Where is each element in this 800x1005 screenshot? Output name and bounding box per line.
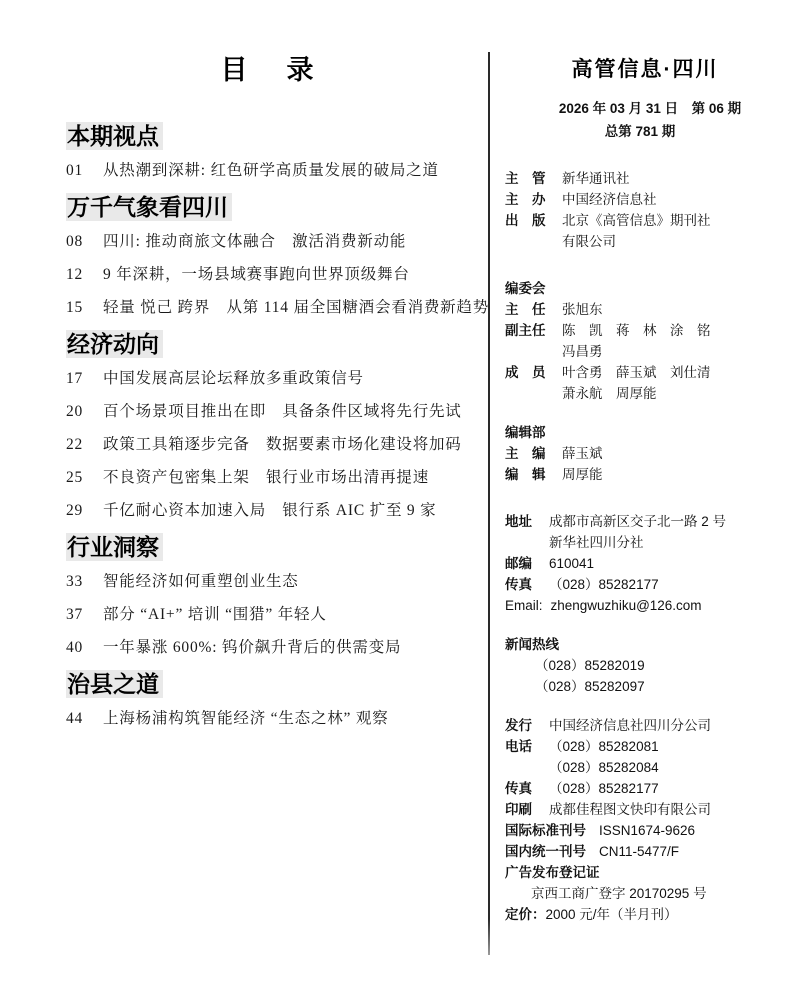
committee-director-row: 主 任 张旭东: [505, 299, 795, 320]
price-value: 2000 元/年（半月刊）: [546, 904, 678, 925]
toc-section-header-3: 行业洞察: [66, 534, 474, 561]
publisher-row: 出 版 北京《高管信息》期刊社 有限公司: [505, 210, 795, 252]
publisher-block: 主 管 新华通讯社 主 办 中国经济信息社 出 版 北京《高管信息》期刊社 有限…: [505, 168, 795, 252]
toc-item-title: 智能经济如何重塑创业生态: [103, 572, 299, 592]
ad-license-heading: 广告发布登记证: [505, 862, 795, 883]
organizer-row: 主 办 中国经济信息社: [505, 189, 795, 210]
publication-date: 2026 年 03 月 31 日 第 06 期: [505, 98, 795, 119]
toc-item: 25 不良资产包密集上架 银行业市场出清再提速: [66, 468, 474, 488]
row-value: 张旭东: [562, 299, 603, 320]
toc-item-title: 轻量 悦己 跨界 从第 114 届全国糖酒会看消费新趋势: [103, 298, 489, 318]
toc-title: 目 录: [66, 48, 474, 87]
row-value: 北京《高管信息》期刊社 有限公司: [562, 210, 711, 252]
row-label: 传真: [505, 574, 549, 595]
toc-item-page: 12: [66, 265, 103, 285]
committee-deputy-row: 副主任 陈 凯 蒋 林 涂 铭 冯昌勇: [505, 320, 795, 362]
fax-row: 传真 （028）85282177: [505, 574, 795, 595]
row-label: 副主任: [505, 320, 562, 362]
toc-section-header-4: 治县之道: [66, 671, 474, 698]
toc-section-header-1: 万千气象看四川: [66, 194, 474, 221]
toc-item: 22 政策工具箱逐步完备 数据要素市场化建设将加码: [66, 435, 474, 455]
committee-members-row: 成 员 叶含勇 薛玉斌 刘仕清 萧永航 周厚能: [505, 362, 795, 404]
hotline-number: （028）85282019: [505, 655, 795, 676]
committee-heading: 编委会: [505, 278, 795, 299]
row-value: （028）85282081 （028）85282084: [549, 736, 659, 778]
row-label: 印刷: [505, 799, 549, 820]
row-label: 主 编: [505, 443, 562, 464]
row-label: 成 员: [505, 362, 562, 404]
issn-row: 国际标准刊号 ISSN1674-9626: [505, 820, 795, 841]
hotline-heading: 新闻热线: [505, 634, 795, 655]
toc-item-page: 29: [66, 501, 103, 521]
cn-number-value: CN11-5477/F: [599, 841, 679, 862]
toc-item-title: 从热潮到深耕: 红色研学高质量发展的破局之道: [103, 161, 439, 181]
fax-row-2: 传真 （028）85282177: [505, 778, 795, 799]
toc-section-title: 行业洞察: [66, 533, 163, 561]
editorial-block: 编辑部 主 编 薛玉斌 编 辑 周厚能: [505, 422, 795, 485]
hotline-number: （028）85282097: [505, 676, 795, 697]
toc-item-page: 25: [66, 468, 103, 488]
row-value: 陈 凯 蒋 林 涂 铭 冯昌勇: [562, 320, 711, 362]
toc-item-page: 37: [66, 605, 103, 625]
editor-row: 编 辑 周厚能: [505, 464, 795, 485]
editorial-heading: 编辑部: [505, 422, 795, 443]
toc-item: 15 轻量 悦己 跨界 从第 114 届全国糖酒会看消费新趋势: [66, 298, 474, 318]
toc-item: 37 部分 “AI+” 培训 “围猎” 年轻人: [66, 605, 474, 625]
magazine-toc-page: 目 录 本期视点 01 从热潮到深耕: 红色研学高质量发展的破局之道 万千气象看…: [0, 0, 800, 1005]
row-label: 主 任: [505, 299, 562, 320]
row-value: 610041: [549, 553, 594, 574]
column-divider: [488, 52, 490, 955]
toc-item-page: 40: [66, 638, 103, 658]
row-value: 中国经济信息社: [562, 189, 657, 210]
row-label: 电话: [505, 736, 549, 778]
toc-item-title: 中国发展高层论坛释放多重政策信号: [103, 369, 364, 389]
distributor-row: 发行 中国经济信息社四川分公司: [505, 715, 795, 736]
row-label: 主 管: [505, 168, 562, 189]
cn-number-row: 国内统一刊号 CN11-5477/F: [505, 841, 795, 862]
contact-block: 地址 成都市高新区交子北一路 2 号 新华社四川分社 邮编 610041 传真 …: [505, 511, 795, 616]
toc-item-title: 一年暴涨 600%: 钨价飙升背后的供需变局: [103, 638, 401, 658]
row-value: 新华通讯社: [562, 168, 630, 189]
toc-item-title: 不良资产包密集上架 银行业市场出清再提速: [103, 468, 429, 488]
row-label: 出 版: [505, 210, 562, 252]
row-label: 传真: [505, 778, 549, 799]
committee-block: 编委会 主 任 张旭东 副主任 陈 凯 蒋 林 涂 铭 冯昌勇 成 员 叶含勇 …: [505, 278, 795, 404]
toc-item: 40 一年暴涨 600%: 钨价飙升背后的供需变局: [66, 638, 474, 658]
toc-item-page: 01: [66, 161, 103, 181]
toc-item-page: 08: [66, 232, 103, 252]
email-label: Email:: [505, 595, 543, 616]
price-label: 定价：: [505, 904, 546, 925]
toc-item: 29 千亿耐心资本加速入局 银行系 AIC 扩至 9 家: [66, 501, 474, 521]
toc-item-title: 上海杨浦构筑智能经济 “生态之林” 观察: [103, 709, 389, 729]
row-value: 周厚能: [562, 464, 603, 485]
email-row: Email: zhengwuzhiku@126.com: [505, 595, 795, 616]
row-label: 主 办: [505, 189, 562, 210]
email-value: zhengwuzhiku@126.com: [551, 595, 702, 616]
row-label: 发行: [505, 715, 549, 736]
phone-row: 电话 （028）85282081 （028）85282084: [505, 736, 795, 778]
publication-title: 高管信息·四川: [505, 55, 785, 85]
cn-number-label: 国内统一刊号: [505, 841, 586, 862]
toc-item-page: 17: [66, 369, 103, 389]
row-label: 邮编: [505, 553, 549, 574]
row-label: 地址: [505, 511, 549, 553]
toc-item: 08 四川: 推动商旅文体融合 激活消费新动能: [66, 232, 474, 252]
toc-column: 目 录 本期视点 01 从热潮到深耕: 红色研学高质量发展的破局之道 万千气象看…: [66, 48, 474, 742]
cumulative-issue: 总第 781 期: [505, 121, 775, 142]
toc-item: 20 百个场景项目推出在即 具备条件区域将先行先试: [66, 402, 474, 422]
hotline-block: 新闻热线 （028）85282019 （028）85282097: [505, 634, 795, 697]
toc-section-title: 本期视点: [66, 122, 163, 150]
toc-item: 44 上海杨浦构筑智能经济 “生态之林” 观察: [66, 709, 474, 729]
toc-item-title: 9 年深耕，一场县域赛事跑向世界顶级舞台: [103, 265, 410, 285]
issn-value: ISSN1674-9626: [599, 820, 695, 841]
toc-item-page: 15: [66, 298, 103, 318]
row-value: （028）85282177: [549, 574, 659, 595]
toc-section-title: 治县之道: [66, 670, 163, 698]
row-value: 薛玉斌: [562, 443, 603, 464]
toc-section-title: 万千气象看四川: [66, 193, 232, 221]
toc-item: 33 智能经济如何重塑创业生态: [66, 572, 474, 592]
row-value: 成都佳程图文快印有限公司: [549, 799, 711, 820]
toc-item-title: 百个场景项目推出在即 具备条件区域将先行先试: [103, 402, 462, 422]
row-value: 成都市高新区交子北一路 2 号 新华社四川分社: [549, 511, 726, 553]
supervisor-row: 主 管 新华通讯社: [505, 168, 795, 189]
toc-item-title: 政策工具箱逐步完备 数据要素市场化建设将加码: [103, 435, 462, 455]
ad-license-number: 京西工商广登字 20170295 号: [505, 883, 795, 904]
issn-label: 国际标准刊号: [505, 820, 586, 841]
toc-item-title: 四川: 推动商旅文体融合 激活消费新动能: [103, 232, 406, 252]
toc-item-page: 33: [66, 572, 103, 592]
toc-item: 01 从热潮到深耕: 红色研学高质量发展的破局之道: [66, 161, 474, 181]
address-row: 地址 成都市高新区交子北一路 2 号 新华社四川分社: [505, 511, 795, 553]
toc-section-header-0: 本期视点: [66, 123, 474, 150]
masthead-column: 高管信息·四川 2026 年 03 月 31 日 第 06 期 总第 781 期…: [505, 55, 795, 925]
postcode-row: 邮编 610041: [505, 553, 795, 574]
printer-row: 印刷 成都佳程图文快印有限公司: [505, 799, 795, 820]
toc-item-page: 22: [66, 435, 103, 455]
row-value: 叶含勇 薛玉斌 刘仕清 萧永航 周厚能: [562, 362, 711, 404]
row-value: （028）85282177: [549, 778, 659, 799]
row-label: 编 辑: [505, 464, 562, 485]
toc-item: 17 中国发展高层论坛释放多重政策信号: [66, 369, 474, 389]
toc-section-title: 经济动向: [66, 330, 163, 358]
toc-item-page: 20: [66, 402, 103, 422]
price-row: 定价： 2000 元/年（半月刊）: [505, 904, 795, 925]
chief-editor-row: 主 编 薛玉斌: [505, 443, 795, 464]
toc-item: 12 9 年深耕，一场县域赛事跑向世界顶级舞台: [66, 265, 474, 285]
toc-item-page: 44: [66, 709, 103, 729]
toc-section-header-2: 经济动向: [66, 331, 474, 358]
distribution-block: 发行 中国经济信息社四川分公司 电话 （028）85282081 （028）85…: [505, 715, 795, 925]
toc-item-title: 千亿耐心资本加速入局 银行系 AIC 扩至 9 家: [103, 501, 436, 521]
row-value: 中国经济信息社四川分公司: [549, 715, 711, 736]
toc-item-title: 部分 “AI+” 培训 “围猎” 年轻人: [103, 605, 327, 625]
